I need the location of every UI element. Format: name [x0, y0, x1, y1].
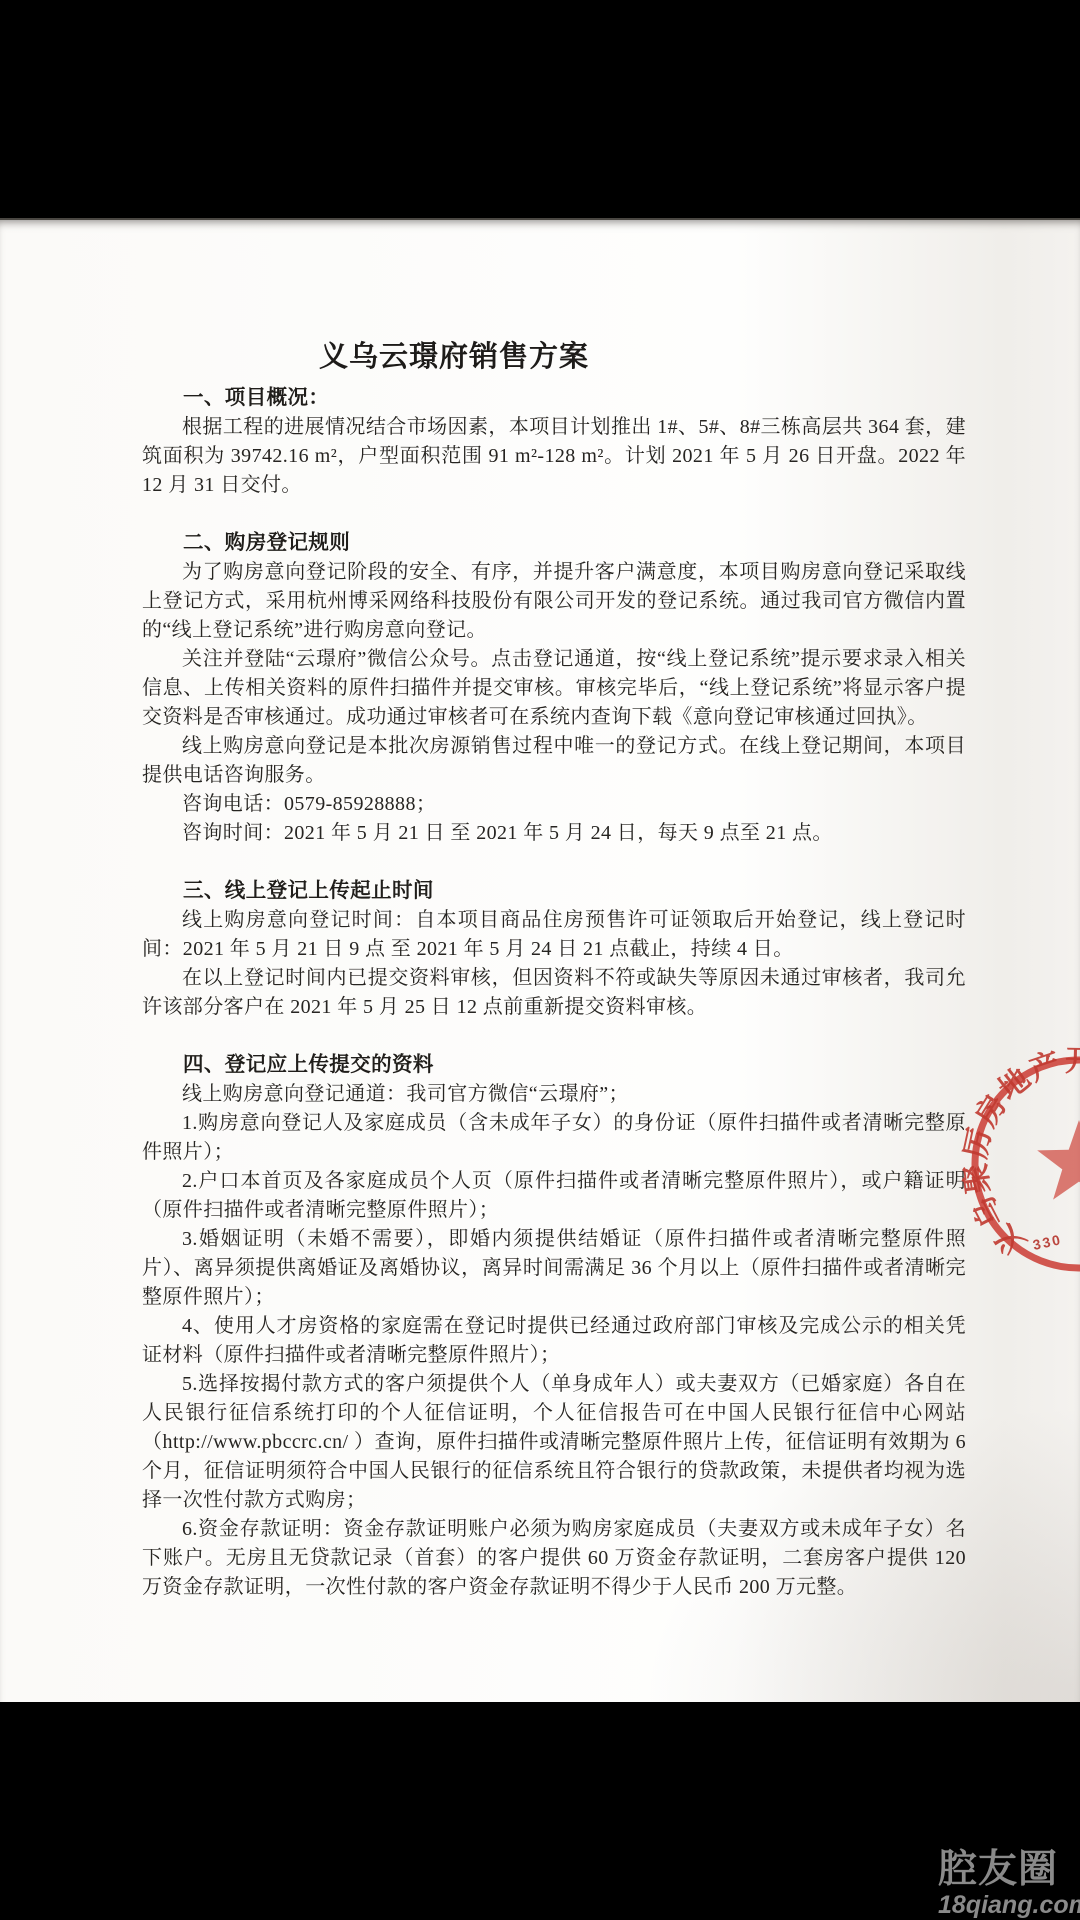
- section-upload-time: 三、线上登记上传起止时间 线上购房意向登记时间：自本项目商品住房预售许可证领取后…: [142, 877, 966, 1022]
- section-registration-rules: 二、购房登记规则 为了购房意向登记阶段的安全、有序，并提升客户满意度，本项目购房…: [142, 529, 966, 848]
- consult-time-line: 咨询时间：2021 年 5 月 21 日 至 2021 年 5 月 24 日，每…: [142, 819, 966, 848]
- watermark-site-name: 腔友圈: [938, 1848, 1078, 1892]
- section-heading-1: 一、项目概况：: [142, 384, 966, 413]
- company-seal: 义乌聚厉房地产开 330: [959, 1044, 1080, 1284]
- section-heading-3: 三、线上登记上传起止时间: [142, 877, 966, 906]
- watermark: 腔友圈 18qiang.com: [938, 1848, 1078, 1918]
- list-item-4: 4、使用人才房资格的家庭需在登记时提供已经通过政府部门审核及完成公示的相关凭证材…: [142, 1312, 966, 1370]
- list-item-1: 1.购房意向登记人及家庭成员（含未成年子女）的身份证（原件扫描件或者清晰完整原件…: [142, 1109, 966, 1167]
- section-heading-2: 二、购房登记规则: [142, 529, 966, 558]
- seal-star-icon: [1037, 1120, 1080, 1200]
- document-content: 义乌云璟府销售方案 一、项目概况： 根据工程的进展情况结合市场因素，本项目计划推…: [142, 337, 966, 1602]
- watermark-site-url: 18qiang.com: [938, 1892, 1078, 1918]
- document-title: 义乌云璟府销售方案: [42, 337, 866, 377]
- consult-phone-line: 咨询电话：0579-85928888；: [142, 790, 966, 819]
- list-item-2: 2.户口本首页及各家庭成员个人页（原件扫描件或者清晰完整原件照片），或户籍证明（…: [142, 1167, 966, 1225]
- paragraph: 为了购房意向登记阶段的安全、有序，并提升客户满意度，本项目购房意向登记采取线上登…: [142, 558, 966, 645]
- document-page: 义乌云璟府销售方案 一、项目概况： 根据工程的进展情况结合市场因素，本项目计划推…: [0, 218, 1080, 1702]
- paragraph: 在以上登记时间内已提交资料审核，但因资料不符或缺失等原因未通过审核者，我司允许该…: [142, 964, 966, 1022]
- paragraph: 线上购房意向登记是本批次房源销售过程中唯一的登记方式。在线上登记期间，本项目提供…: [142, 732, 966, 790]
- paragraph: 线上购房意向登记时间：自本项目商品住房预售许可证领取后开始登记，线上登记时间：2…: [142, 906, 966, 964]
- section-required-materials: 四、登记应上传提交的资料 线上购房意向登记通道：我司官方微信“云璟府”； 1.购…: [142, 1051, 966, 1602]
- list-item-5: 5.选择按揭付款方式的客户须提供个人（单身成年人）或夫妻双方（已婚家庭）各自在人…: [142, 1370, 966, 1515]
- paragraph: 根据工程的进展情况结合市场因素，本项目计划推出 1#、5#、8#三栋高层共 36…: [142, 413, 966, 500]
- photo-background: 义乌云璟府销售方案 一、项目概况： 根据工程的进展情况结合市场因素，本项目计划推…: [0, 0, 1080, 1920]
- section-project-overview: 一、项目概况： 根据工程的进展情况结合市场因素，本项目计划推出 1#、5#、8#…: [142, 384, 966, 500]
- section-heading-4: 四、登记应上传提交的资料: [142, 1051, 966, 1080]
- paragraph: 线上购房意向登记通道：我司官方微信“云璟府”；: [142, 1080, 966, 1109]
- list-item-3: 3.婚姻证明（未婚不需要），即婚内须提供结婚证（原件扫描件或者清晰完整原件照片）…: [142, 1225, 966, 1312]
- paragraph: 关注并登陆“云璟府”微信公众号。点击登记通道，按“线上登记系统”提示要求录入相关…: [142, 645, 966, 732]
- list-item-6: 6.资金存款证明：资金存款证明账户必须为购房家庭成员（夫妻双方或未成年子女）名下…: [142, 1515, 966, 1602]
- seal-number: 330: [1031, 1231, 1063, 1253]
